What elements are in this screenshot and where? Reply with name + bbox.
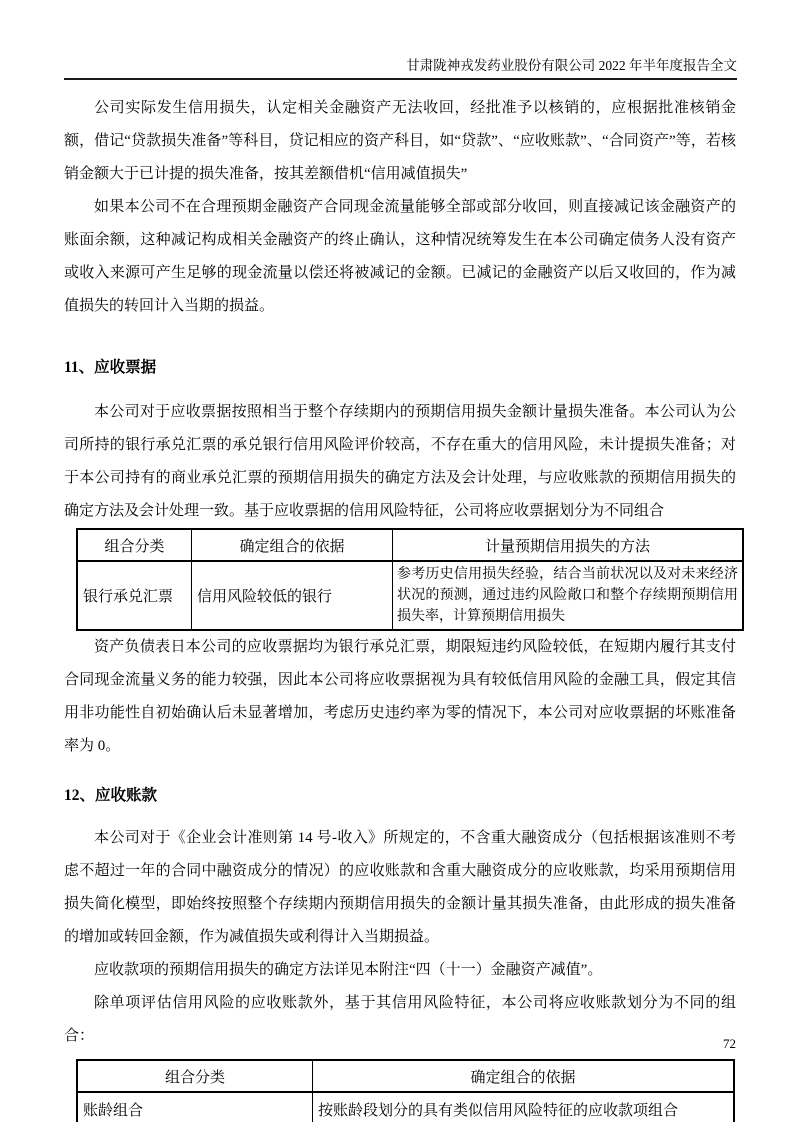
table-cell-ecl-method: 参考历史信用损失经验，结合当前状况以及对未来经济状况的预测，通过违约风险敞口和整… [393, 561, 744, 630]
table-row: 银行承兑汇票 信用风险较低的银行 参考历史信用损失经验，结合当前状况以及对未来经… [77, 561, 743, 630]
table-header-row: 组合分类 确定组合的依据 计量预期信用损失的方法 [77, 529, 743, 561]
report-page: 甘肃陇神戎发药业股份有限公司 2022 年半年度报告全文 公司实际发生信用损失，… [0, 0, 793, 1122]
table-cell-aging-basis: 按账龄段划分的具有类似信用风险特征的应收款项组合 [313, 1092, 735, 1122]
document-header: 甘肃陇神戎发药业股份有限公司 2022 年半年度报告全文 [64, 57, 737, 80]
table-header-cell-portfolio-class: 组合分类 [77, 529, 192, 561]
section-heading-notes-receivable: 11、应收票据 [64, 351, 736, 384]
table-cell-aging-portfolio: 账龄组合 [77, 1092, 313, 1122]
paragraph-accounts-receivable-policy: 本公司对于《企业会计准则第 14 号-收入》所规定的，不含重大融资成分（包括根据… [64, 822, 736, 954]
table-row: 账龄组合 按账龄段划分的具有类似信用风险特征的应收款项组合 [77, 1092, 734, 1122]
table-cell-portfolio-class: 银行承兑汇票 [77, 561, 192, 630]
section-heading-accounts-receivable: 12、应收账款 [64, 779, 736, 812]
document-body: 公司实际发生信用损失，认定相关金融资产无法收回，经批准予以核销的，应根据批准核销… [64, 92, 736, 1122]
accounts-receivable-portfolio-table: 组合分类 确定组合的依据 账龄组合 按账龄段划分的具有类似信用风险特征的应收款项… [76, 1059, 735, 1122]
paragraph-credit-loss-writeoff: 公司实际发生信用损失，认定相关金融资产无法收回，经批准予以核销的，应根据批准核销… [64, 92, 736, 191]
paragraph-notes-receivable-policy: 本公司对于应收票据按照相当于整个存续期内的预期信用损失金额计量损失准备。本公司认… [64, 396, 736, 528]
table-header-cell-ecl-method: 计量预期信用损失的方法 [393, 529, 744, 561]
paragraph-balance-sheet-date-notes: 资产负债表日本公司的应收票据均为银行承兑汇票，期限短违约风险较低，在短期内履行其… [64, 631, 736, 763]
table-header-cell-portfolio-basis: 确定组合的依据 [313, 1060, 735, 1092]
paragraph-derecognition: 如果本公司不在合理预期金融资产合同现金流量能够全部或部分收回，则直接减记该金融资… [64, 191, 736, 323]
notes-receivable-portfolio-table: 组合分类 确定组合的依据 计量预期信用损失的方法 银行承兑汇票 信用风险较低的银… [76, 528, 744, 631]
table-header-cell-portfolio-class: 组合分类 [77, 1060, 313, 1092]
paragraph-ecl-method-reference: 应收款项的预期信用损失的确定方法详见本附注“四（十一）金融资产减值”。 [64, 954, 736, 987]
paragraph-portfolio-intro: 除单项评估信用风险的应收账款外，基于其信用风险特征，本公司将应收账款划分为不同的… [64, 987, 736, 1053]
page-number: 72 [723, 1036, 736, 1052]
table-header-cell-portfolio-basis: 确定组合的依据 [192, 529, 393, 561]
table-header-row: 组合分类 确定组合的依据 [77, 1060, 734, 1092]
table-cell-portfolio-basis: 信用风险较低的银行 [192, 561, 393, 630]
